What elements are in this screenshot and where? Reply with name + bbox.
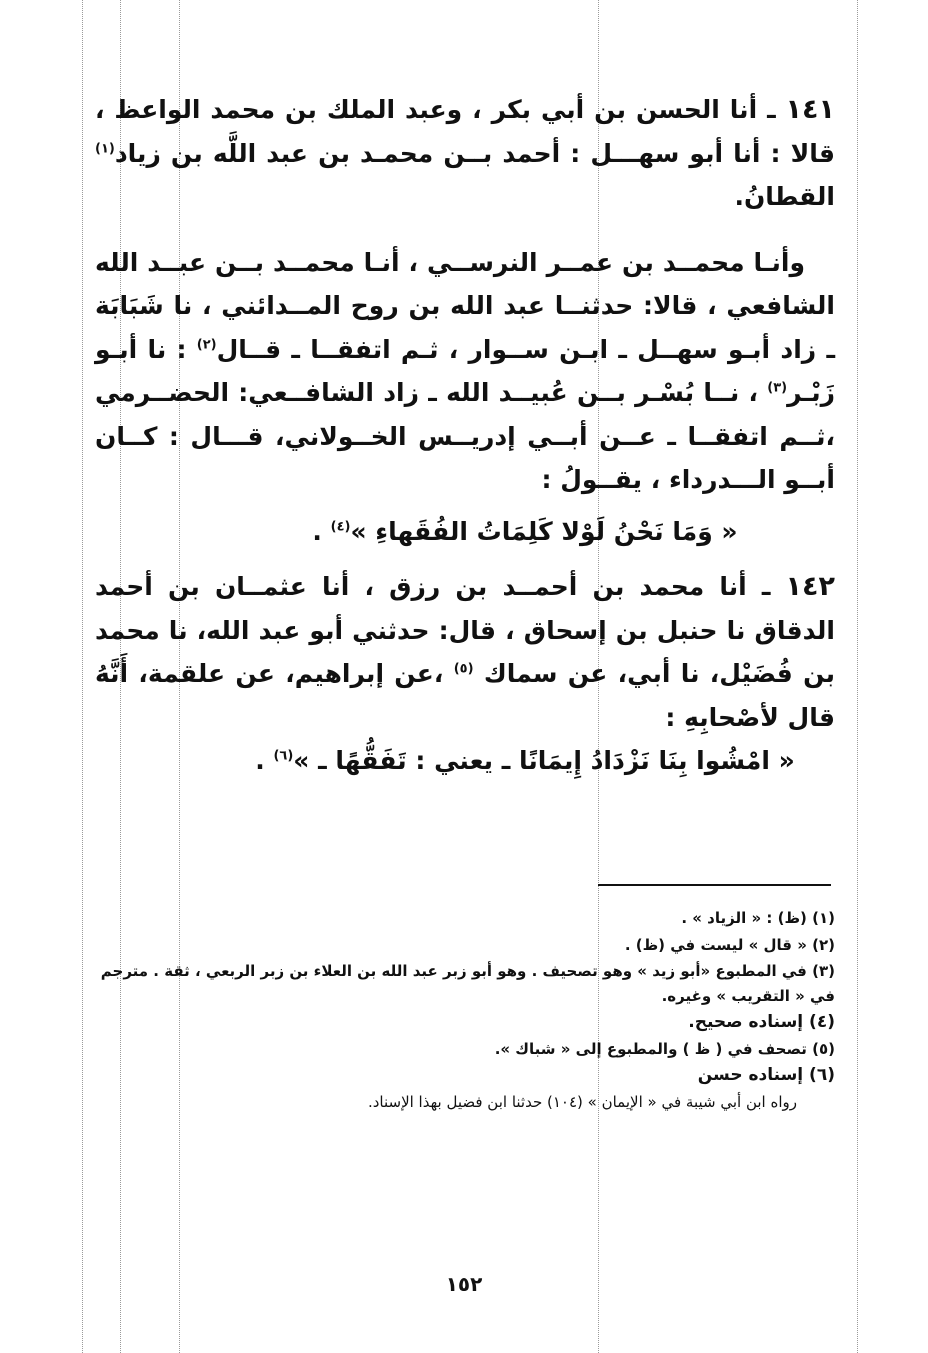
footnote-6: (٦) إسناده حسن (95, 1063, 835, 1088)
page-number: ١٥٢ (0, 1272, 928, 1296)
scan-artifact-line (857, 0, 858, 1353)
footnote-ref[interactable]: (٢) (197, 337, 217, 352)
footnotes: (١) (ظ) : « الزياد » . (٢) « قال » ليست … (95, 906, 835, 1116)
paragraph-142: ١٤٢ ـ أنا محمد بن أحمــد بن رزق ، أنا عث… (95, 565, 835, 739)
footnote-separator (598, 884, 831, 886)
hadith-number: ١٤١ (786, 94, 835, 125)
scan-artifact-line (82, 0, 83, 1353)
footnote-ref[interactable]: (٣) (767, 381, 787, 396)
footnote-ref[interactable]: (٤) (331, 519, 351, 534)
footnote-ref[interactable]: (١) (95, 141, 115, 156)
quote-141: « وَمَا نَحْنُ لَوْلا كَلِمَاتُ الفُقَها… (95, 510, 835, 554)
footnote-6-detail: رواه ابن أبي شيبة في « الإيمان » (١٠٤) ح… (95, 1090, 835, 1115)
paragraph-141-chain: وأنـا محمــد بن عمــر النرســي ، أنـا مح… (95, 241, 835, 502)
footnote-2: (٢) « قال » ليست في (ظ) . (95, 933, 835, 958)
footnote-3: (٣) في المطبوع «أبو زيد » وهو تصحيف . وه… (95, 959, 835, 1008)
hadith-number: ١٤٢ (786, 571, 835, 602)
quote-142: « امْشُوا بِنَا نَزْدَادُ إِيمَانًا ـ يع… (95, 739, 835, 783)
footnote-1: (١) (ظ) : « الزياد » . (95, 906, 835, 931)
footnote-ref[interactable]: (٥) (454, 662, 474, 677)
paragraph-141: ١٤١ ـ أنا الحسن بن أبي بكر ، وعبد الملك … (95, 88, 835, 219)
footnote-ref[interactable]: (٦) (273, 749, 293, 764)
footnote-5: (٥) تصحف في ( ظ ) والمطبوع إلى « شباك ». (95, 1037, 835, 1062)
main-text: ١٤١ ـ أنا الحسن بن أبي بكر ، وعبد الملك … (95, 88, 835, 783)
footnote-4: (٤) إسناده صحيح. (95, 1010, 835, 1035)
